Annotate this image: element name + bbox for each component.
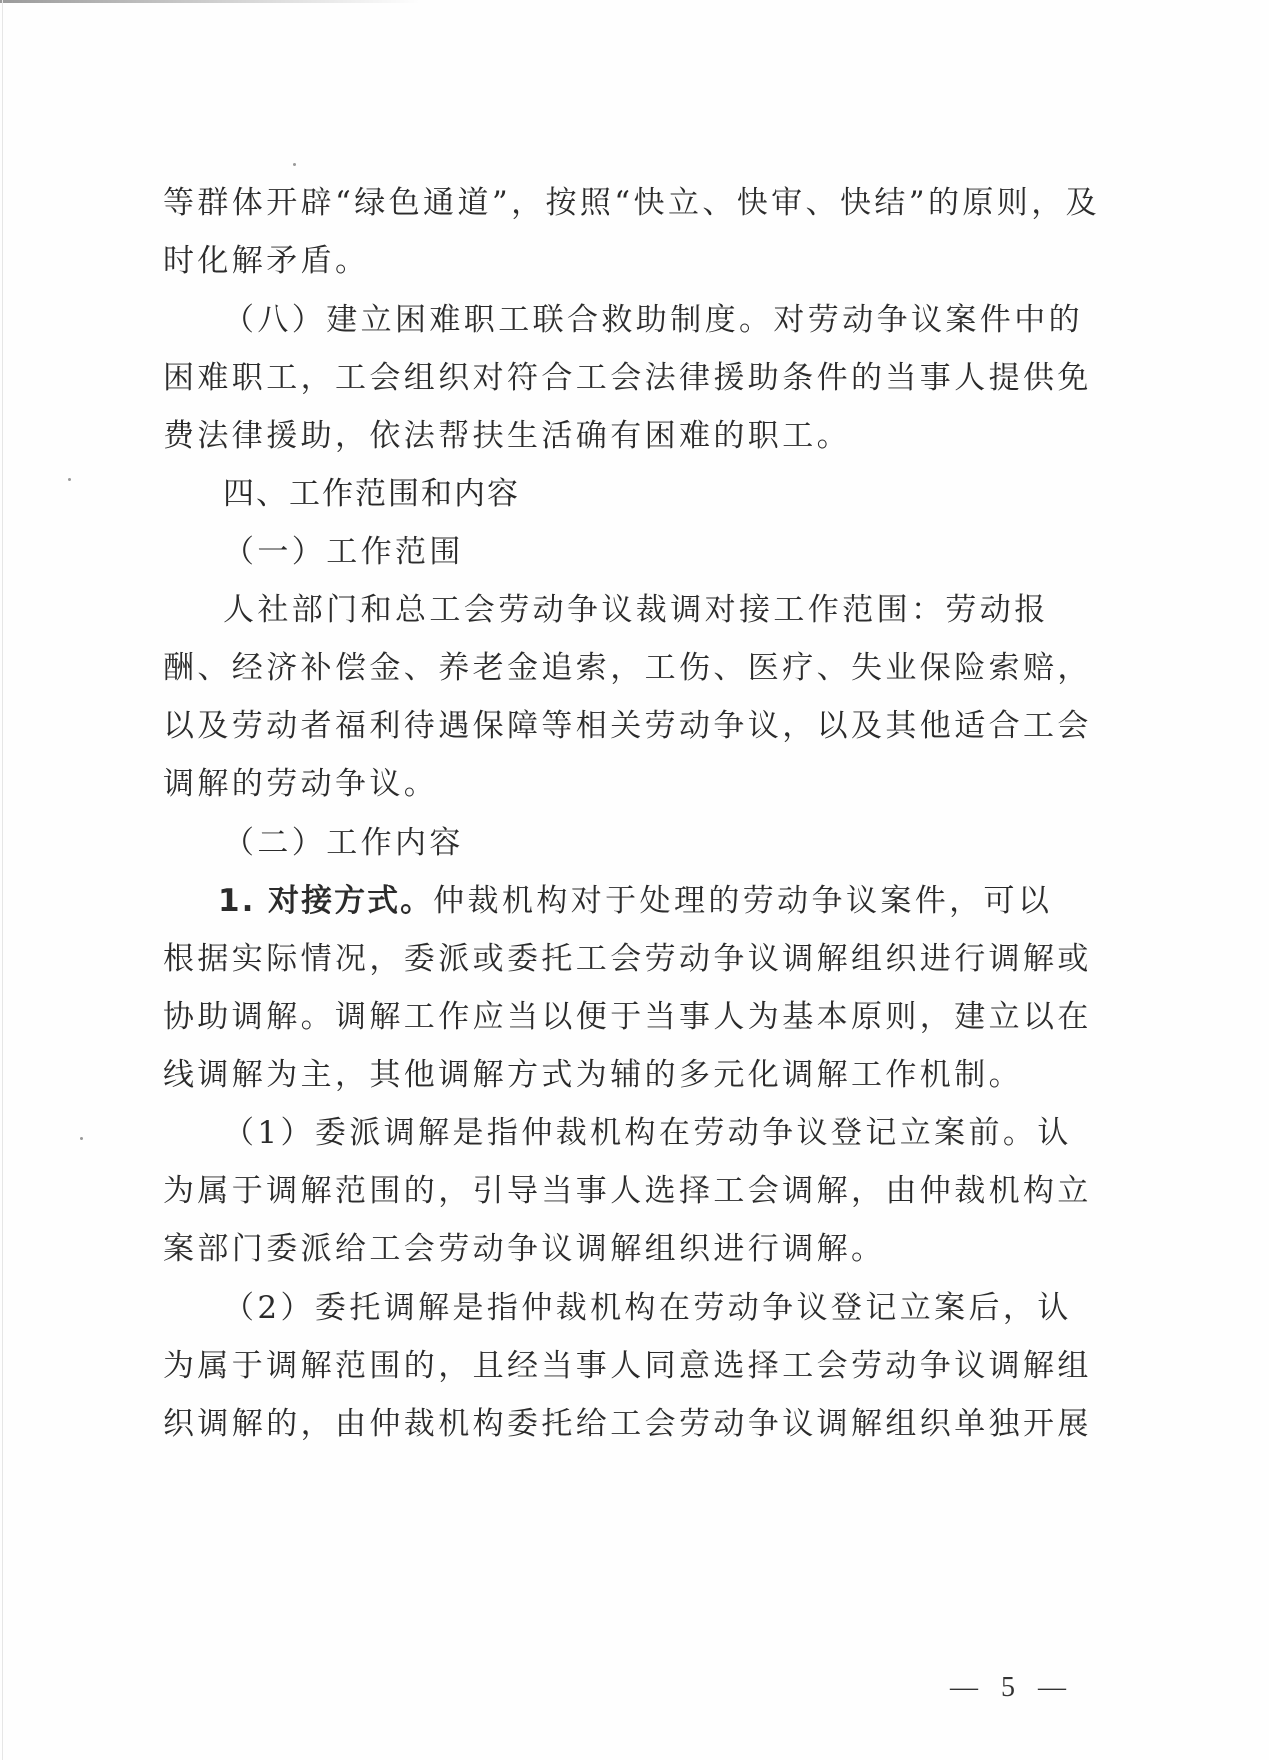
- text-line: 费法律援助，依法帮扶生活确有困难的职工。: [163, 416, 851, 456]
- item-lead-docking-method: 1. 对接方式。: [218, 883, 433, 919]
- text-line: 酬、经济补偿金、养老金追索，工伤、医疗、失业保险索赔，: [163, 648, 1092, 688]
- text-line: 协助调解。调解工作应当以便于当事人为基本原则，建立以在: [163, 997, 1092, 1037]
- section-item-8-title: （八）建立困难职工联合救助制度。对劳动争议案件中的: [223, 300, 1083, 340]
- document-page: 等群体开辟“绿色通道”，按照“快立、快审、快结”的原则，及 时化解矛盾。 （八）…: [0, 0, 1269, 1760]
- subsection-heading-content: （二）工作内容: [223, 823, 464, 863]
- text-line: 案部门委派给工会劳动争议调解组织进行调解。: [163, 1229, 885, 1269]
- text-line: 等群体开辟“绿色通道”，按照“快立、快审、快结”的原则，及: [163, 183, 1100, 223]
- scan-edge-shadow: [0, 0, 420, 3]
- page-number: — 5 —: [950, 1672, 1074, 1704]
- section-heading-4: 四、工作范围和内容: [223, 474, 520, 514]
- text-line: 以及劳动者福利待遇保障等相关劳动争议，以及其他适合工会: [163, 706, 1092, 746]
- scan-edge-line: [2, 0, 3, 1760]
- text-line: 线调解为主，其他调解方式为辅的多元化调解工作机制。: [163, 1055, 1023, 1095]
- scan-speck: [293, 163, 296, 166]
- text-line: 为属于调解范围的，引导当事人选择工会调解，由仲裁机构立: [163, 1171, 1092, 1211]
- text-line: 为属于调解范围的，且经当事人同意选择工会劳动争议调解组: [163, 1346, 1092, 1386]
- text-line: 织调解的，由仲裁机构委托给工会劳动争议调解组织单独开展: [163, 1404, 1092, 1444]
- text-line-with-lead: 1. 对接方式。仲裁机构对于处理的劳动争议案件，可以: [218, 881, 1052, 921]
- scan-speck: [80, 1137, 83, 1140]
- scan-speck: [68, 478, 71, 481]
- text-line: 困难职工，工会组织对符合工会法律援助条件的当事人提供免: [163, 358, 1092, 398]
- item-text: 仲裁机构对于处理的劳动争议案件，可以: [433, 883, 1052, 919]
- text-line: 调解的劳动争议。: [163, 764, 438, 804]
- item-entrusted-mediation: （2）委托调解是指仲裁机构在劳动争议登记立案后，认: [223, 1288, 1072, 1328]
- item-delegated-mediation: （1）委派调解是指仲裁机构在劳动争议登记立案前。认: [223, 1113, 1072, 1153]
- text-line: 时化解矛盾。: [163, 241, 369, 281]
- text-line: 根据实际情况，委派或委托工会劳动争议调解组织进行调解或: [163, 939, 1092, 979]
- text-line: 人社部门和总工会劳动争议裁调对接工作范围：劳动报: [223, 590, 1049, 630]
- subsection-heading-scope: （一）工作范围: [223, 532, 464, 572]
